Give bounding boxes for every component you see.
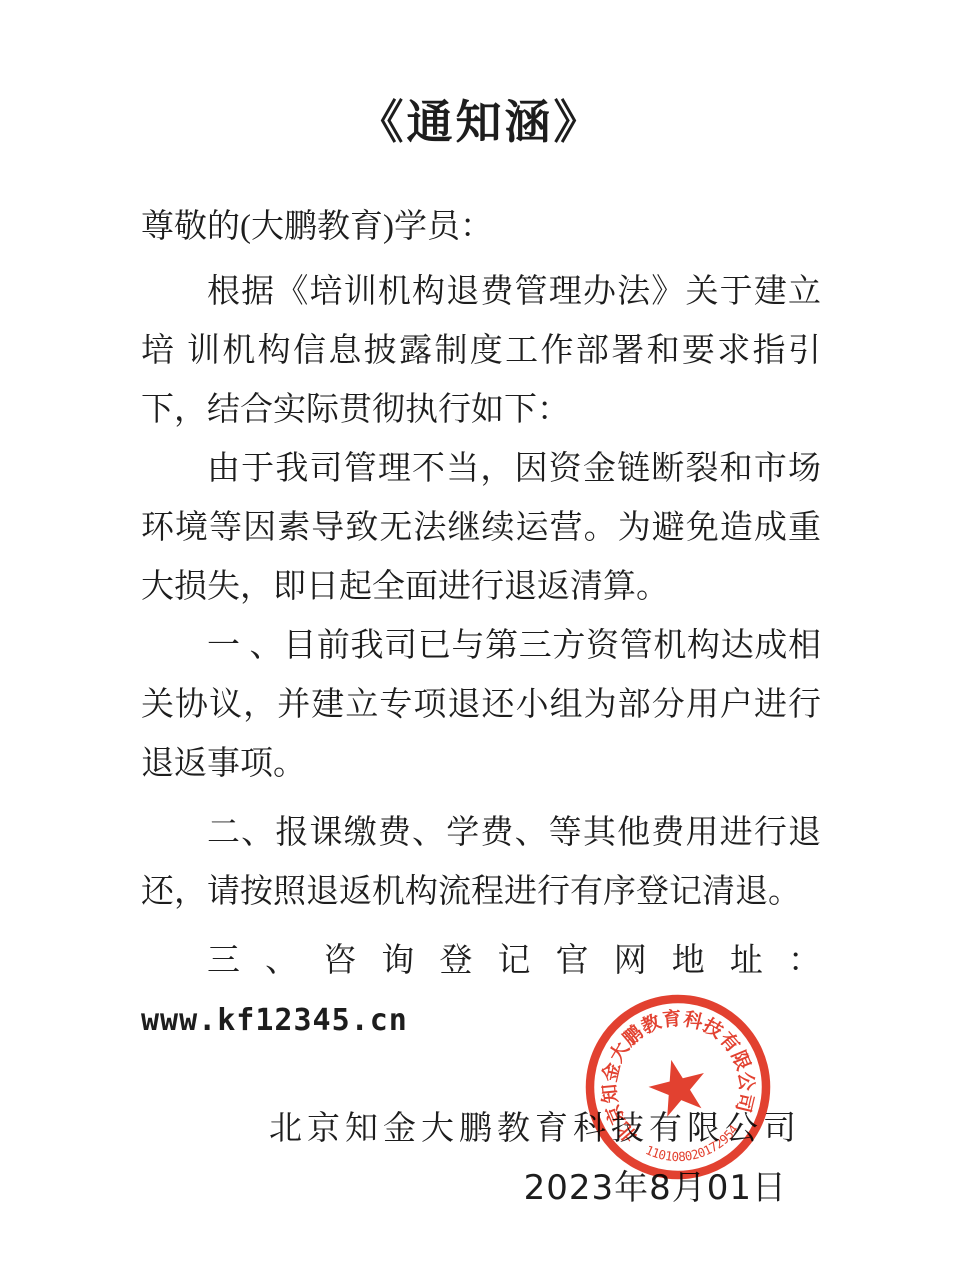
- seal-serial-number: 110108020172954: [640, 1120, 745, 1174]
- paragraph-closure-reason: 由于我司管理不当，因资金链断裂和市场环境等因素导致无法继续运营。为避免造成重大损…: [141, 440, 821, 617]
- red-star-icon: [644, 1053, 712, 1119]
- paragraph-policy-basis: 根据《培训机构退费管理办法》关于建立培 训机构信息披露制度工作部署和要求指引下，…: [141, 263, 821, 440]
- list-item-1: 一 、目前我司已与第三方资管机构达成相关协议，并建立专项退还小组为部分用户进行退…: [141, 617, 821, 794]
- notice-letter-document: 《通知涵》 尊敬的(大鹏教育)学员： 根据《培训机构退费管理办法》关于建立培 训…: [0, 0, 960, 1280]
- company-seal: 北京知金大鹏教育科技有限公司 110108020172954: [578, 987, 778, 1187]
- document-title: 《通知涵》: [0, 86, 960, 152]
- salutation: 尊敬的(大鹏教育)学员：: [141, 198, 821, 257]
- list-item-2: 二、报课缴费、学费、等其他费用进行退还，请按照退返机构流程进行有序登记清退。: [141, 804, 821, 922]
- svg-text:110108020172954: 110108020172954: [640, 1120, 745, 1174]
- registration-url: www.kf12345.cn: [141, 1003, 408, 1038]
- list-item-3-label: 三、咨询登记官网地址：: [207, 943, 821, 979]
